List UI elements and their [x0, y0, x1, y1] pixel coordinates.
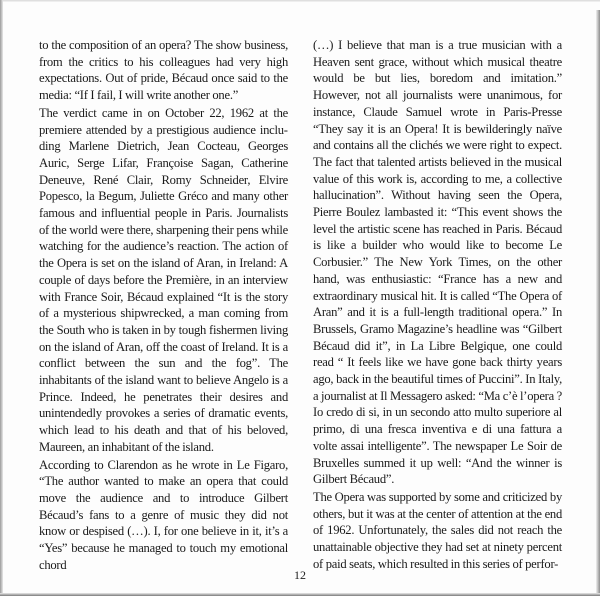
left-text-column: to the composition of an opera? The show… — [39, 37, 288, 575]
left-paragraph-2: The verdict came in on October 22, 1962 … — [39, 105, 288, 456]
page-left-edge — [0, 0, 3, 596]
page-right-edge — [596, 10, 600, 596]
page-number: 12 — [0, 568, 600, 583]
right-text-column: (…) I believe that man is a true musicia… — [313, 37, 562, 574]
left-paragraph-3: According to Clarendon as he wrote in Le… — [39, 457, 288, 574]
right-paragraph-2: The Opera was supported by some and crit… — [313, 489, 562, 573]
left-paragraph-1: to the composition of an opera? The show… — [39, 37, 288, 104]
right-paragraph-1: (…) I believe that man is a true musicia… — [313, 37, 562, 488]
page-top-edge — [0, 0, 600, 2]
scanned-booklet-page: to the composition of an opera? The show… — [0, 0, 600, 596]
